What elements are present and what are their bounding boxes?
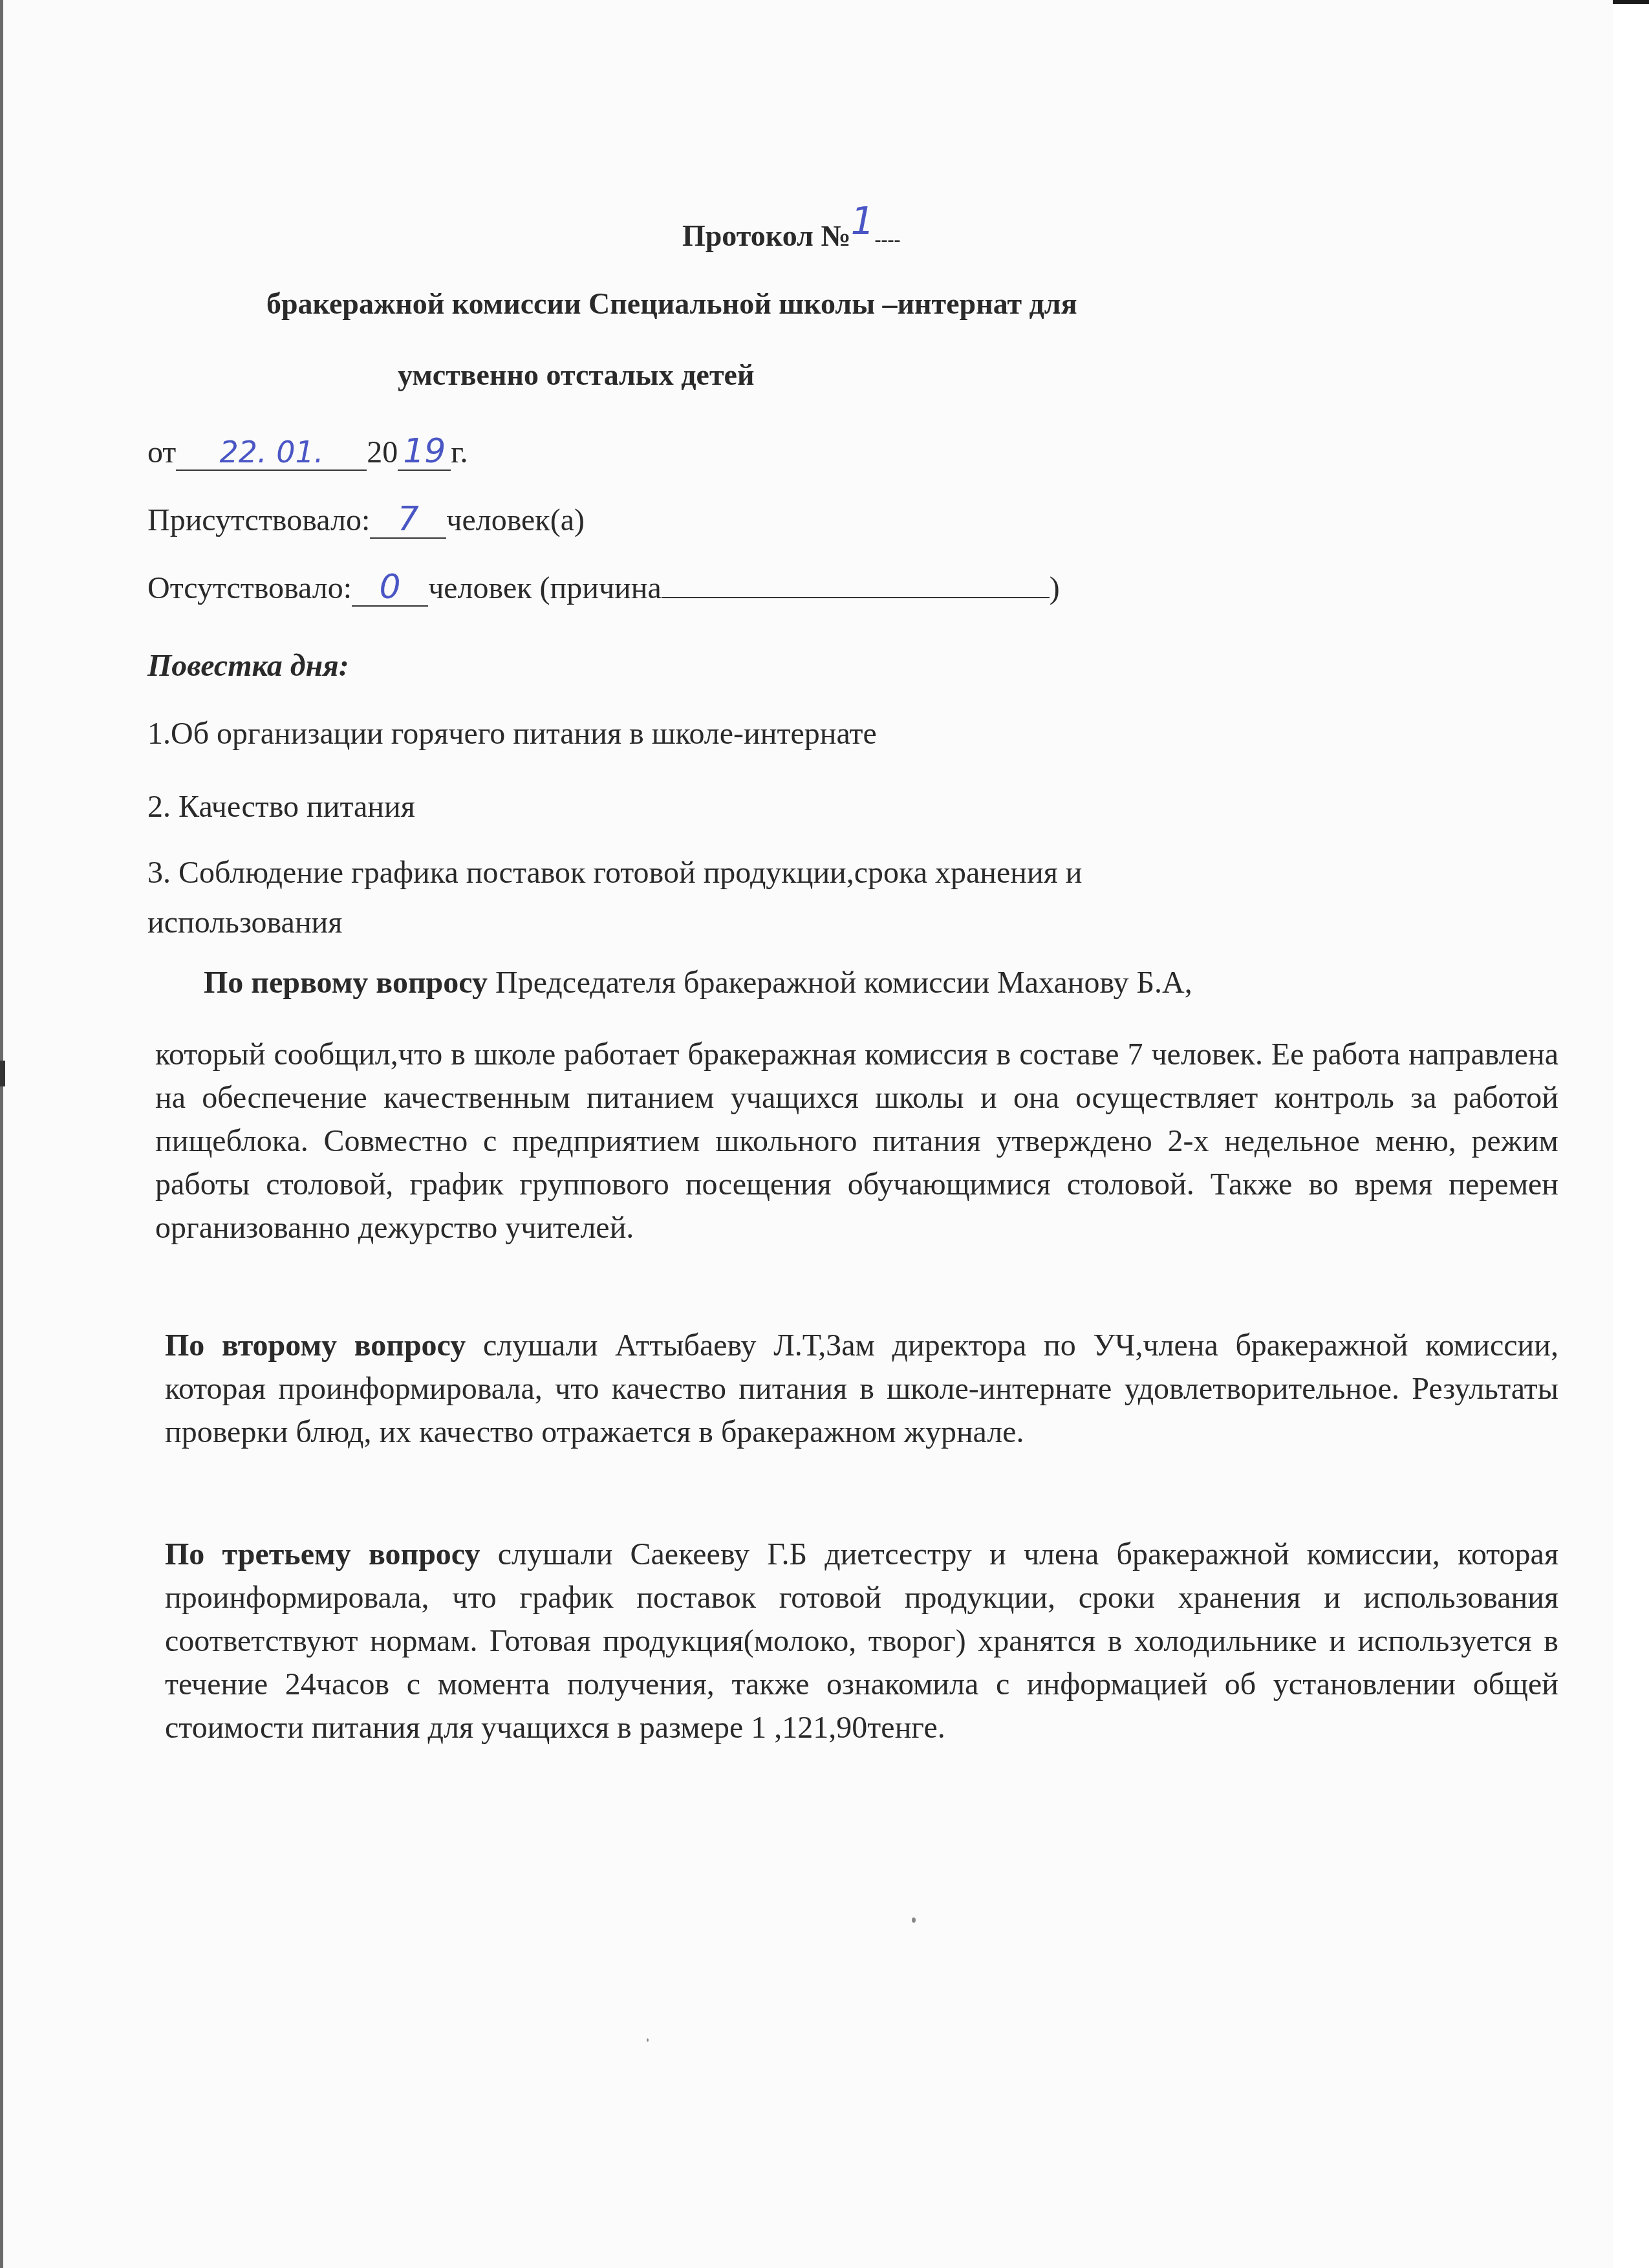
section-1-text: который сообщил,что в школе работает бра… (155, 1033, 1558, 1249)
section-1-intro: По первому вопросу Председателя бракераж… (204, 964, 1192, 1002)
date-line: от22. 01.2019г. (147, 433, 468, 472)
present-field: 7 (370, 502, 446, 539)
absent-label: Отсутствовало: (147, 571, 352, 605)
scanned-page: Протокол №1---- бракеражной комиссии Спе… (0, 0, 1649, 2268)
absent-close: ) (1050, 571, 1060, 605)
scan-edge-corner (1613, 0, 1649, 4)
section-1-body: который сообщил,что в школе работает бра… (155, 1033, 1558, 1249)
title-dashes: ---- (874, 229, 900, 250)
date-value: 22. 01. (219, 435, 323, 470)
scan-edge-left (0, 0, 3, 2268)
section-3: По третьему вопросу слушали Саекееву Г.Б… (165, 1533, 1558, 1749)
title-prefix: Протокол № (682, 219, 851, 252)
protocol-subtitle-line2: умственно отсталых детей (398, 356, 754, 394)
year-prefix: 20 (367, 435, 398, 470)
scan-edge-mark (0, 1061, 5, 1086)
year-suffix: г. (451, 435, 468, 470)
section-3-lead: По третьему вопросу (165, 1537, 480, 1571)
agenda-item-1: 1.Об организации горячего питания в школ… (147, 715, 877, 753)
absent-unit: человек (причина (428, 571, 662, 605)
scan-speck (912, 1917, 916, 1923)
absent-line: Отсутствовало:0человек (причина) (147, 569, 1060, 608)
agenda-heading: Повестка дня: (147, 647, 349, 686)
section-1-intro-rest: Председателя бракеражной комиссии Махано… (488, 966, 1192, 1000)
agenda-item-3-cont: использования (147, 903, 342, 942)
present-label: Присутствовало: (147, 503, 370, 537)
section-2-lead: По второму вопросу (165, 1328, 466, 1363)
agenda-item-2: 2. Качество питания (147, 788, 415, 826)
agenda-item-3: 3. Соблюдение графика поставок готовой п… (147, 854, 1082, 892)
section-1-lead: По первому вопросу (204, 966, 488, 1000)
present-line: Присутствовало:7человек(а) (147, 501, 585, 540)
date-field: 22. 01. (176, 435, 367, 471)
section-2: По второму вопросу слушали Аттыбаеву Л.Т… (165, 1324, 1558, 1454)
year-value: 19 (403, 432, 446, 471)
absent-field: 0 (352, 570, 428, 607)
present-unit: человек(а) (446, 503, 585, 537)
absent-reason-field (662, 597, 1050, 598)
scan-edge-right (1613, 0, 1649, 2268)
present-value: 7 (398, 500, 419, 539)
protocol-number: 1 (851, 199, 875, 243)
scan-speck (647, 2038, 649, 2042)
protocol-title: Протокол №1---- (682, 213, 900, 259)
year-field: 19 (398, 435, 451, 471)
date-prefix-label: от (147, 435, 176, 470)
protocol-subtitle-line1: бракеражной комиссии Специальной школы –… (266, 285, 1077, 323)
absent-value: 0 (380, 568, 401, 607)
